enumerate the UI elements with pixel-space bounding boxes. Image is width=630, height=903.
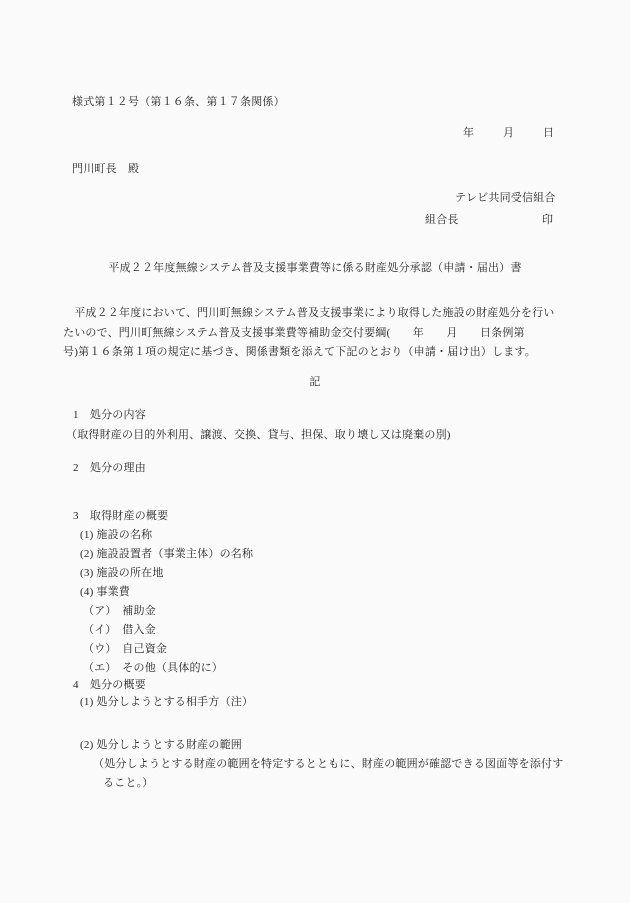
date-year-label: 年 bbox=[463, 127, 474, 140]
section-4-item-2: (2) 処分しようとする財産の範囲 bbox=[80, 739, 242, 752]
form-number: 様式第１２号（第１６条、第１７条関係） bbox=[72, 96, 285, 109]
section-4-heading: 4 処分の概要 bbox=[73, 679, 146, 692]
section-3-item-4-b: （イ） 借入金 bbox=[83, 624, 156, 637]
section-2-heading: 2 処分の理由 bbox=[73, 462, 146, 475]
section-3-item-3: (3) 施設の所在地 bbox=[80, 567, 164, 580]
document-title: 平成２２年度無線システム普及支援事業費等に係る財産処分承認（申請・届出）書 bbox=[0, 262, 630, 275]
body-paragraph-line-3: 号)第１６条第１項の規定に基づき、関係書類を添えて下記のとおり（申請・届け出）し… bbox=[63, 346, 536, 359]
section-3-item-4: (4) 事業費 bbox=[80, 586, 130, 599]
date-day-label: 日 bbox=[543, 127, 554, 140]
section-4-item-1: (1) 処分しようとする相手方（注） bbox=[80, 696, 253, 709]
section-4-item-2-note-line-2: ること。） bbox=[103, 777, 154, 790]
section-3-item-2: (2) 施設設置者（事業主体）の名称 bbox=[80, 548, 253, 561]
section-1-heading: 1 処分の内容 bbox=[73, 409, 146, 422]
section-1-note: （取得財産の目的外利用、譲渡、交換、貸与、担保、取り壊し又は廃棄の別) bbox=[66, 429, 451, 442]
sender-title: 組合長 bbox=[425, 214, 459, 227]
body-paragraph-line-2: たいので、門川町無線システム普及支援事業費等補助金交付要綱( 年 月 日条例第 bbox=[63, 327, 525, 340]
document-page: 様式第１２号（第１６条、第１７条関係） 年 月 日 門川町長 殿 テレビ共同受信… bbox=[0, 0, 630, 903]
record-marker: 記 bbox=[0, 376, 630, 389]
section-4-item-2-note-line-1: （処分しようとする財産の範囲を特定するとともに、財産の範囲が確認できる図面等を添… bbox=[93, 758, 563, 771]
sender-organization: テレビ共同受信組合 bbox=[455, 192, 556, 205]
body-paragraph-line-1: 平成２２年度において、門川町無線システム普及支援事業により取得した施設の財産処分… bbox=[63, 307, 554, 320]
addressee: 門川町長 殿 bbox=[72, 163, 139, 176]
section-3-item-4-c: （ウ） 自己資金 bbox=[83, 643, 167, 656]
section-3-item-4-d: （エ） その他（具体的に） bbox=[83, 662, 223, 675]
section-3-heading: 3 取得財産の概要 bbox=[73, 510, 168, 523]
date-month-label: 月 bbox=[503, 127, 514, 140]
section-3-item-4-a: （ア） 補助金 bbox=[83, 605, 156, 618]
section-3-item-1: (1) 施設の名称 bbox=[80, 529, 152, 542]
seal-placeholder: 印 bbox=[542, 214, 553, 227]
